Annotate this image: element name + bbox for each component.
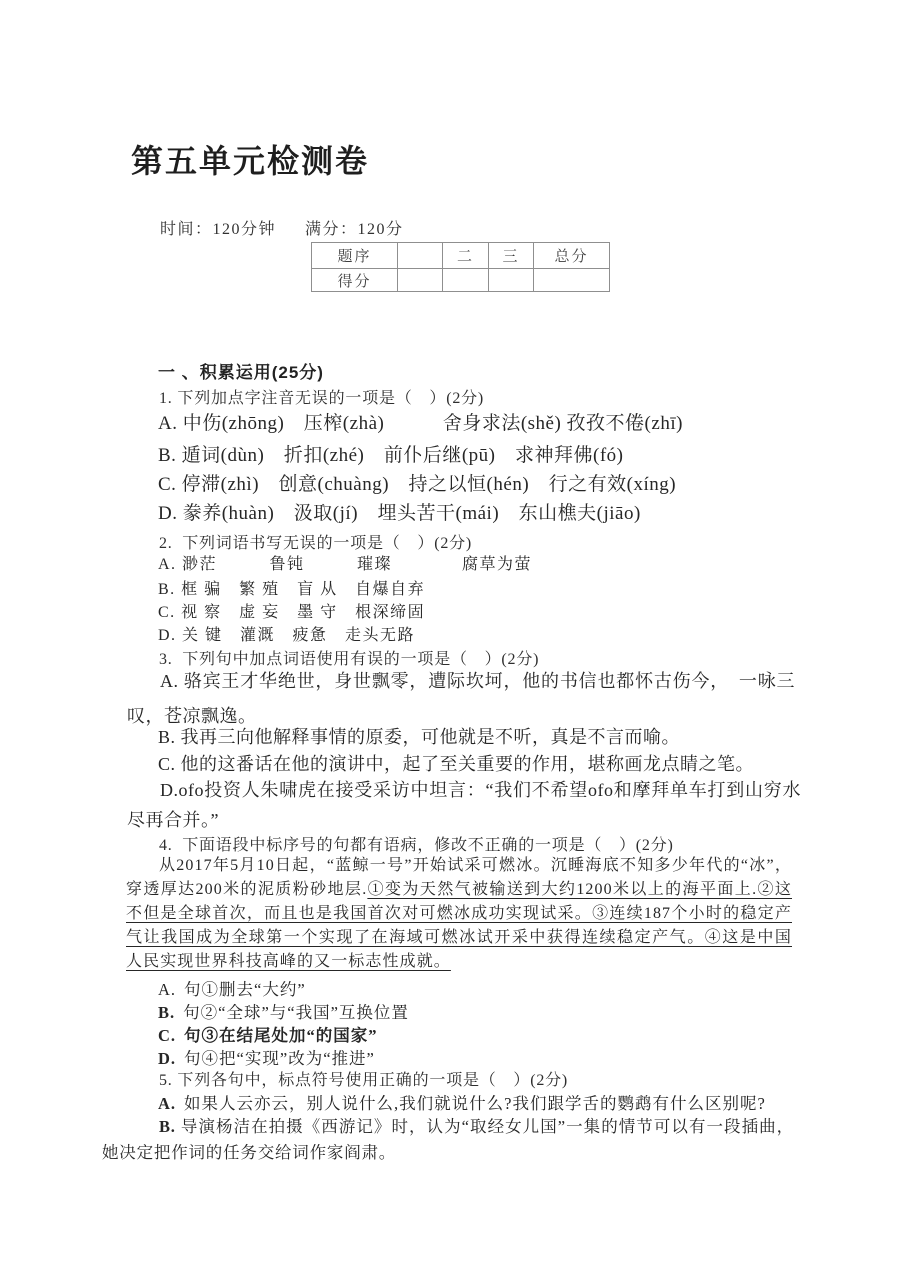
question-4-option-b: B.句②“全球”与“我国”互换位置 — [158, 999, 409, 1023]
page-title: 第五单元检测卷 — [131, 136, 369, 182]
option-letter: C. — [158, 1026, 176, 1045]
option-text: 句③在结尾处加“的国家” — [184, 1026, 378, 1045]
question-1-stem: 1. 下列加点字注音无误的一项是（ ）(2分) — [159, 385, 484, 408]
score-table: 题序 二 三 总分 得分 — [311, 242, 610, 292]
score-table-cell — [534, 269, 610, 292]
question-3-option-d: D.ofo投资人朱啸虎在接受采访中坦言：“我们不希望ofo和摩拜单车打到山穷水尽… — [127, 775, 801, 835]
question-5-option-a: A.如果人云亦云，别人说什么,我们就说什么?我们跟学舌的鹦鹉有什么区别呢? — [158, 1090, 766, 1114]
question-2-option-a: A. 渺茫 鲁钝 璀璨 腐草为萤 — [158, 551, 532, 574]
option-text: 导演杨洁在拍摄《西游记》时，认为“取经女儿国”一集的情节可以有一段插曲，她决定把… — [102, 1117, 794, 1162]
section-heading: 一 、积累运用(25分) — [158, 358, 324, 383]
option-letter: B. — [159, 1117, 176, 1136]
time-label: 时间：120分钟 — [160, 216, 276, 239]
score-table-cell — [443, 269, 489, 292]
score-table-cell — [398, 243, 443, 269]
option-letter: D. — [158, 1049, 176, 1068]
question-4-stem: 4. 下面语段中标序号的句都有语病，修改不正确的一项是（ ）(2分) — [159, 832, 674, 855]
test-paper-page: 第五单元检测卷 时间：120分钟 满分：120分 题序 二 三 总分 得分 一 … — [0, 0, 904, 1280]
question-5-stem: 5. 下列各句中，标点符号使用正确的一项是（ ）(2分) — [159, 1067, 568, 1090]
question-1-option-a: A. 中伤(zhōng) 压榨(zhà) 舍身求法(shě) 孜孜不倦(zhī) — [158, 408, 683, 435]
question-1-option-b: B. 遁词(dùn) 折扣(zhé) 前仆后继(pū) 求神拜佛(fó) — [158, 440, 623, 467]
score-table-cell: 得分 — [312, 269, 398, 292]
question-4-passage: 从2017年5月10日起，“蓝鲸一号”开始试采可燃冰。沉睡海底不知多少年代的“冰… — [126, 854, 792, 974]
question-2-option-b: B. 框 骗 繁 殖 盲 从 自爆自弃 — [158, 576, 425, 599]
question-1-option-d: D. 豢养(huàn) 汲取(jí) 埋头苦干(mái) 东山樵夫(jiāo) — [158, 498, 641, 525]
full-score-label: 满分：120分 — [305, 216, 404, 239]
score-table-cell: 二 — [443, 243, 489, 269]
option-text: 句④把“实现”改为“推进” — [184, 1049, 375, 1068]
question-4-option-a: A.句①删去“大约” — [158, 976, 306, 1000]
option-text: 如果人云亦云，别人说什么,我们就说什么?我们跟学舌的鹦鹉有什么区别呢? — [184, 1094, 766, 1113]
score-table-cell — [398, 269, 443, 292]
score-table-score-row: 得分 — [312, 269, 610, 292]
question-4-option-c: C.句③在结尾处加“的国家” — [158, 1022, 378, 1046]
option-text: 句②“全球”与“我国”互换位置 — [183, 1003, 409, 1022]
option-letter: A. — [158, 1094, 176, 1113]
question-2-option-c: C. 视 察 虚 妄 墨 守 根深缔固 — [158, 599, 425, 622]
question-5-option-b: B. 导演杨洁在拍摄《西游记》时，认为“取经女儿国”一集的情节可以有一段插曲，她… — [102, 1114, 794, 1165]
score-table-cell: 三 — [489, 243, 534, 269]
question-3-option-c: C. 他的这番话在他的演讲中，起了至关重要的作用，堪称画龙点睛之笔。 — [158, 750, 754, 776]
question-3-option-b: B. 我再三向他解释事情的原委，可他就是不听，真是不言而喻。 — [158, 723, 680, 749]
score-table-cell — [489, 269, 534, 292]
option-letter: A. — [158, 980, 176, 999]
question-2-option-d: D. 关 键 灌溉 疲惫 走头无路 — [158, 622, 415, 645]
score-table-cell: 题序 — [312, 243, 398, 269]
question-2-stem: 2. 下列词语书写无误的一项是（ ）(2分) — [159, 530, 472, 553]
option-letter: B. — [158, 1003, 175, 1022]
question-1-option-c: C. 停滞(zhì) 创意(chuàng) 持之以恒(hén) 行之有效(xín… — [158, 469, 676, 496]
question-4-option-d: D.句④把“实现”改为“推进” — [158, 1045, 375, 1069]
option-text: 句①删去“大约” — [184, 980, 306, 999]
score-table-cell: 总分 — [534, 243, 610, 269]
score-table-header-row: 题序 二 三 总分 — [312, 243, 610, 269]
